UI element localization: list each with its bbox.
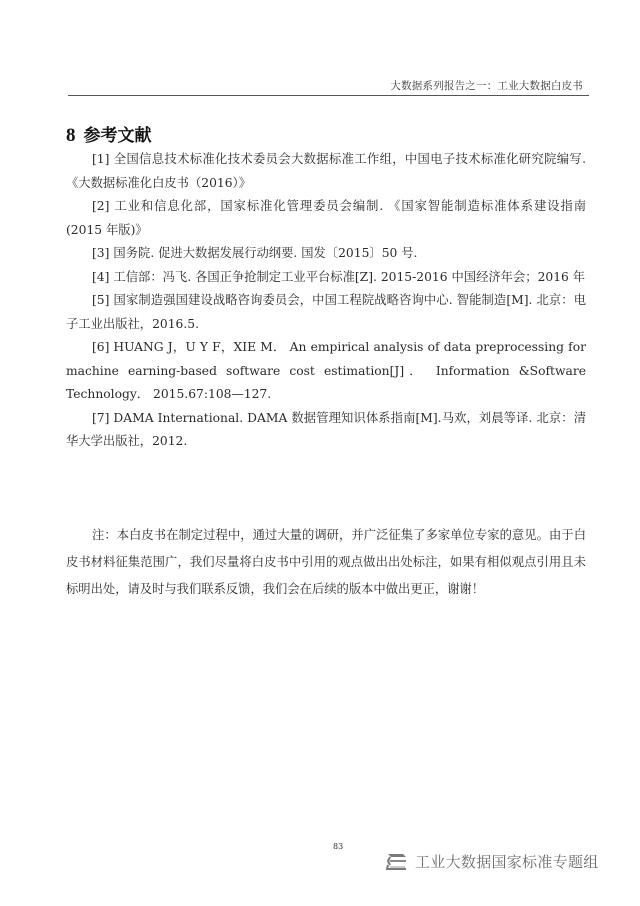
reference-index: [4] bbox=[92, 270, 109, 284]
reference-list: [1]全国信息技术标准化技术委员会大数据标准工作组，中国电子技术标准化研究院编写… bbox=[66, 148, 586, 454]
reference-item: [3]国务院. 促进大数据发展行动纲要. 国发〔2015〕50 号. bbox=[66, 242, 586, 266]
reference-text: DAMA International. DAMA 数据管理知识体系指南[M].马… bbox=[66, 411, 586, 449]
section-heading: 8参考文献 bbox=[66, 121, 152, 147]
reference-text: 国务院. 促进大数据发展行动纲要. 国发〔2015〕50 号. bbox=[113, 246, 417, 260]
reference-index: [6] bbox=[92, 340, 109, 354]
reference-index: [1] bbox=[92, 152, 109, 166]
stacked-books-icon bbox=[385, 852, 409, 872]
section-title: 参考文献 bbox=[84, 126, 152, 146]
brand-text: 工业大数据国家标准专题组 bbox=[415, 851, 599, 872]
disclaimer-note: 注：本白皮书在制定过程中，通过大量的调研，并广泛征集了多家单位专家的意见。由于白… bbox=[66, 522, 586, 603]
reference-text: 工业和信息化部，国家标准化管理委员会编制. 《国家智能制造标准体系建设指南(20… bbox=[66, 199, 586, 237]
reference-item: [7]DAMA International. DAMA 数据管理知识体系指南[M… bbox=[66, 407, 586, 454]
reference-index: [3] bbox=[92, 246, 109, 260]
page-header: 大数据系列报告之一：工业大数据白皮书 bbox=[68, 78, 589, 96]
page-number: 83 bbox=[333, 842, 343, 851]
reference-index: [2] bbox=[92, 199, 109, 213]
reference-text: 全国信息技术标准化技术委员会大数据标准工作组，中国电子技术标准化研究院编写. 《… bbox=[66, 152, 586, 190]
reference-item: [5]国家制造强国建设战略咨询委员会，中国工程院战略咨询中心. 智能制造[M].… bbox=[66, 289, 586, 336]
reference-item: [4]工信部：冯飞. 各国正争抢制定工业平台标准[Z]. 2015-2016 中… bbox=[66, 266, 586, 290]
reference-text: HUANG J，U Y F，XIE M． An empirical analys… bbox=[66, 340, 586, 401]
running-title: 大数据系列报告之一：工业大数据白皮书 bbox=[390, 78, 583, 93]
footer-brand: 工业大数据国家标准专题组 bbox=[385, 851, 599, 872]
reference-item: [6]HUANG J，U Y F，XIE M． An empirical ana… bbox=[66, 336, 586, 407]
section-number: 8 bbox=[66, 125, 76, 146]
reference-item: [2]工业和信息化部，国家标准化管理委员会编制. 《国家智能制造标准体系建设指南… bbox=[66, 195, 586, 242]
reference-index: [7] bbox=[92, 411, 109, 425]
reference-index: [5] bbox=[92, 293, 109, 307]
reference-text: 工信部：冯飞. 各国正争抢制定工业平台标准[Z]. 2015-2016 中国经济… bbox=[113, 270, 585, 284]
reference-text: 国家制造强国建设战略咨询委员会，中国工程院战略咨询中心. 智能制造[M]. 北京… bbox=[66, 293, 586, 331]
reference-item: [1]全国信息技术标准化技术委员会大数据标准工作组，中国电子技术标准化研究院编写… bbox=[66, 148, 586, 195]
